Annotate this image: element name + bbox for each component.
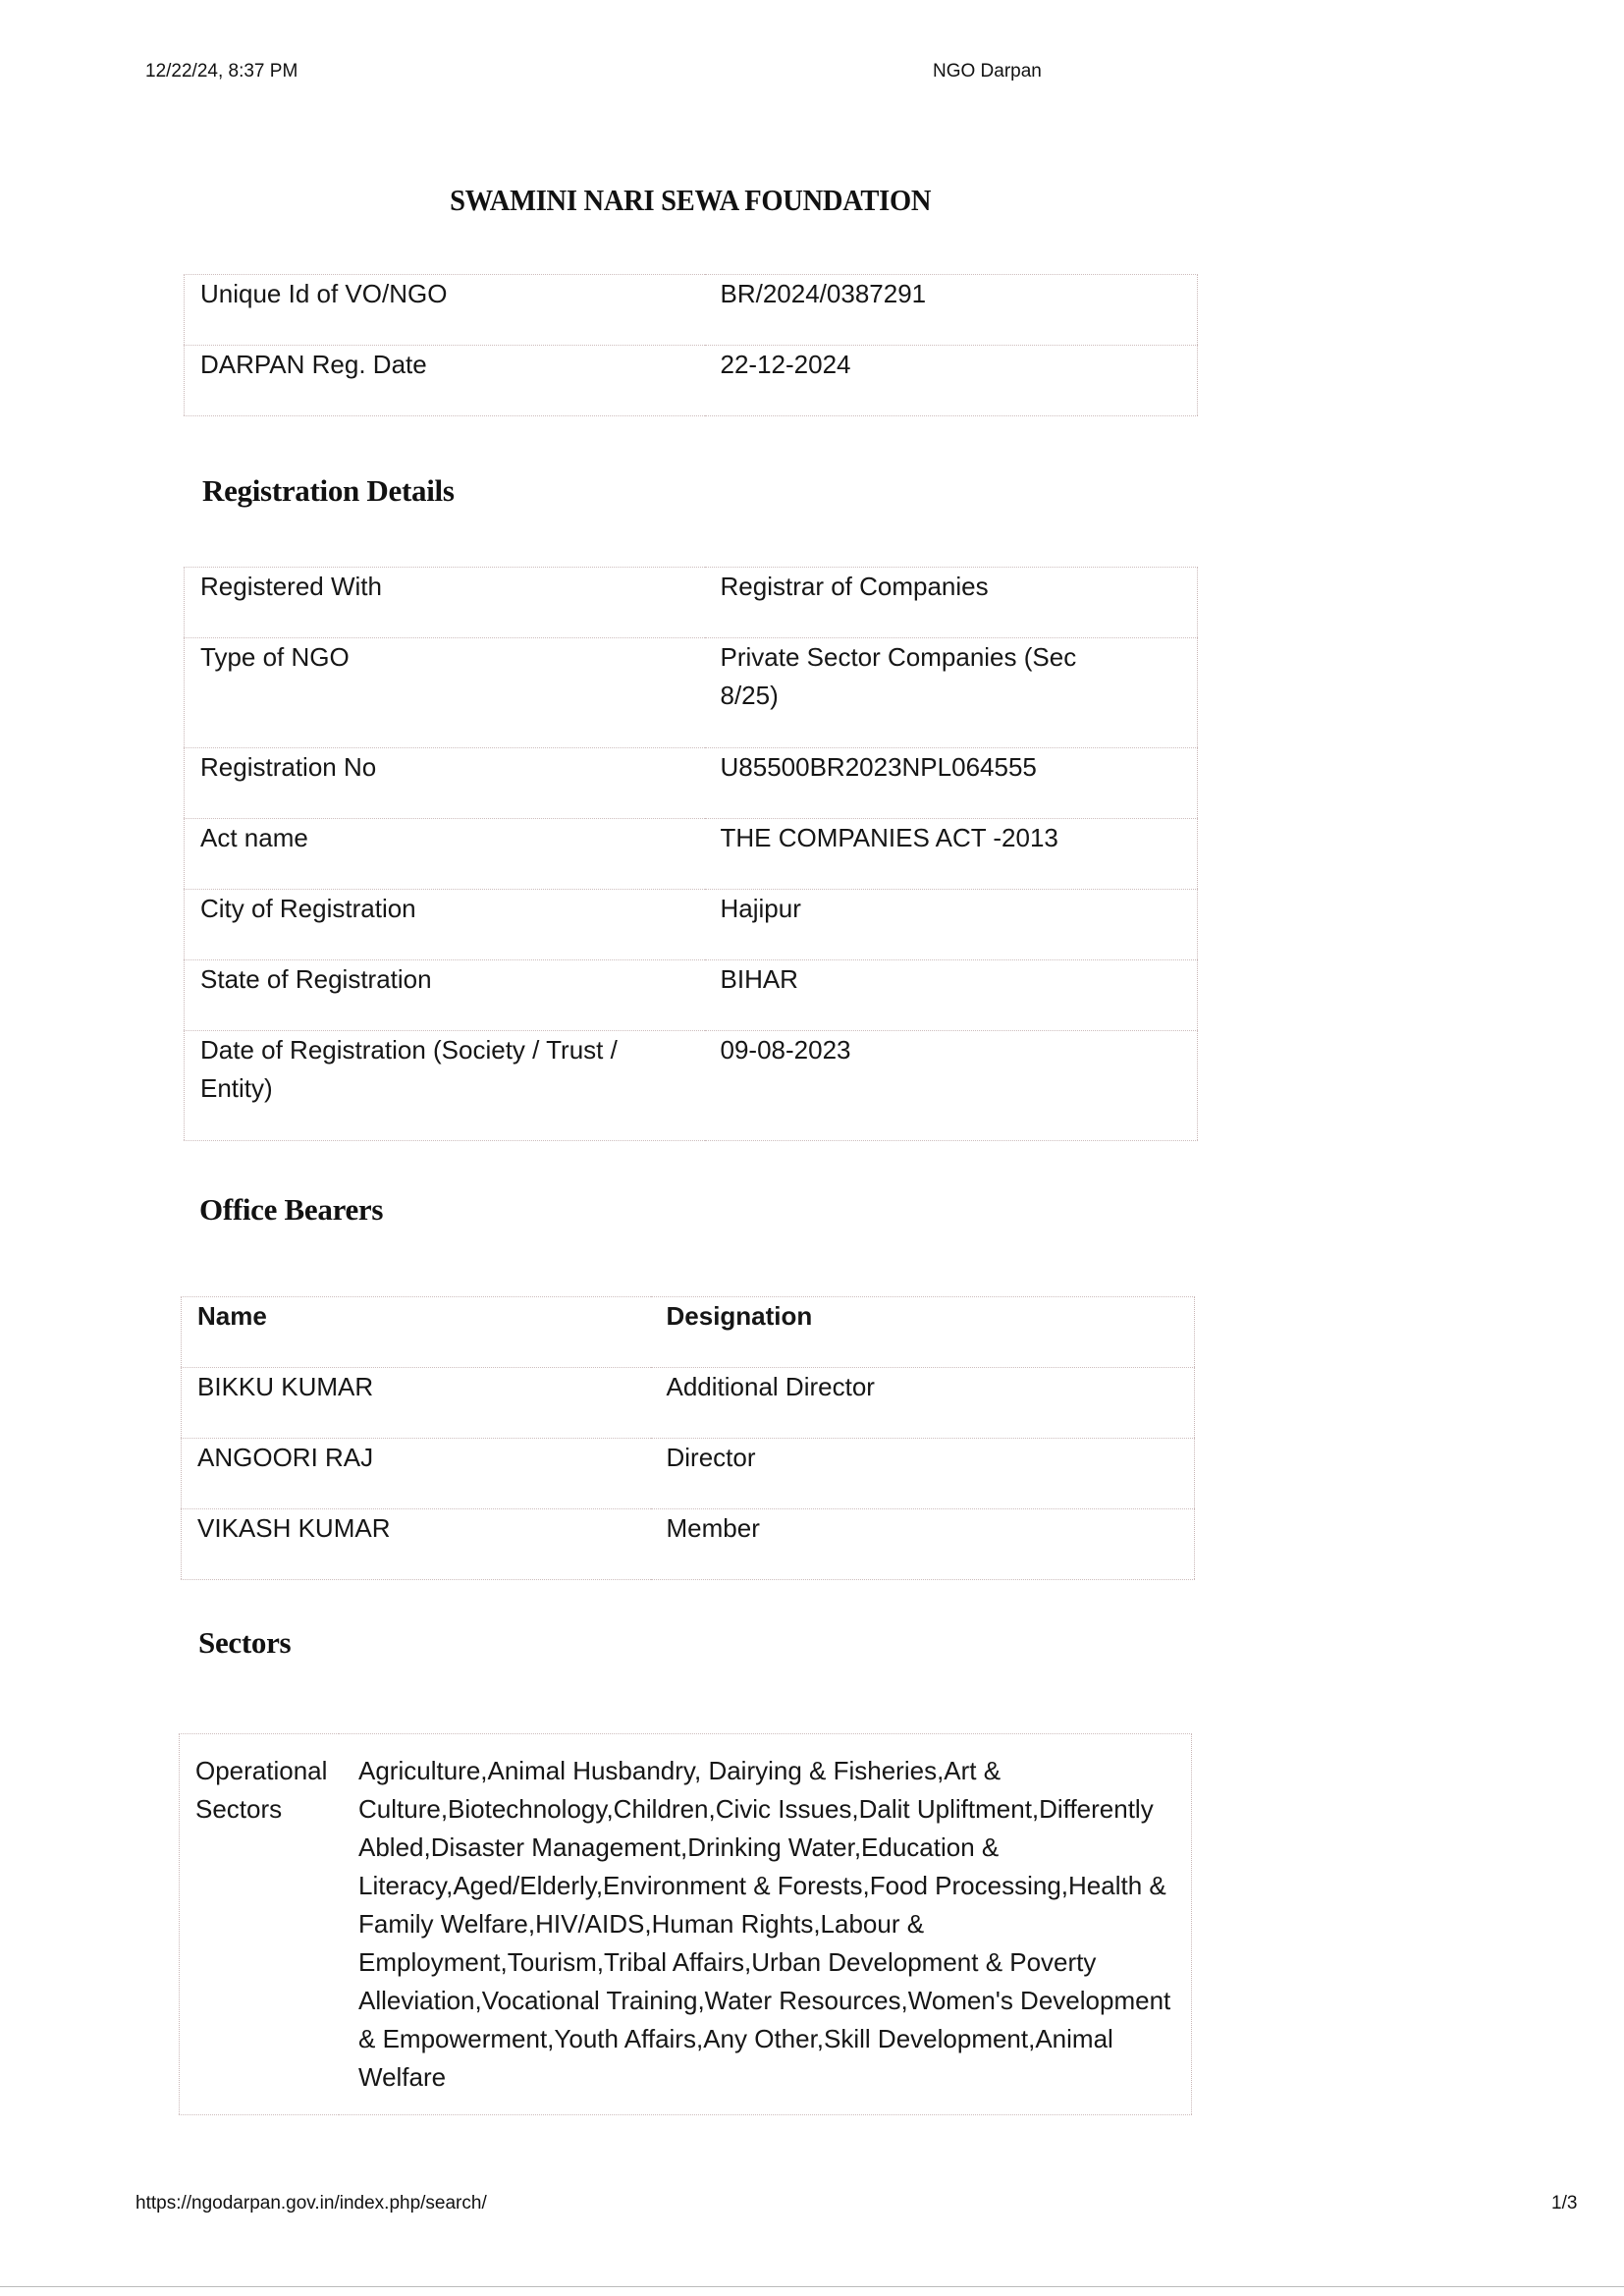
sectors-heading: Sectors xyxy=(198,1625,291,1661)
table-row: Date of Registration (Society / Trust / … xyxy=(185,1031,1198,1141)
state-of-registration-label: State of Registration xyxy=(185,960,705,1031)
date-of-registration-value: 09-08-2023 xyxy=(705,1031,1198,1141)
print-url: https://ngodarpan.gov.in/index.php/searc… xyxy=(135,2193,487,2214)
sectors-table: Operational Sectors Agriculture,Animal H… xyxy=(179,1733,1192,2115)
table-row: State of Registration BIHAR xyxy=(185,960,1198,1031)
bearer-designation: Member xyxy=(651,1509,1195,1580)
table-row: City of Registration Hajipur xyxy=(185,890,1198,960)
table-row: Type of NGO Private Sector Companies (Se… xyxy=(185,638,1198,748)
column-header-name: Name xyxy=(182,1297,651,1368)
unique-id-value: BR/2024/0387291 xyxy=(705,275,1198,346)
table-row: Registration No U85500BR2023NPL064555 xyxy=(185,748,1198,819)
table-row: BIKKU KUMAR Additional Director xyxy=(182,1368,1195,1439)
print-site-title: NGO Darpan xyxy=(933,61,1042,82)
darpan-reg-date-value: 22-12-2024 xyxy=(705,346,1198,416)
office-bearers-heading: Office Bearers xyxy=(199,1192,383,1228)
table-row: Operational Sectors Agriculture,Animal H… xyxy=(180,1734,1192,2115)
summary-table: Unique Id of VO/NGO BR/2024/0387291 DARP… xyxy=(184,274,1198,416)
column-header-designation: Designation xyxy=(651,1297,1195,1368)
registration-no-label: Registration No xyxy=(185,748,705,819)
table-row: DARPAN Reg. Date 22-12-2024 xyxy=(185,346,1198,416)
act-name-value: THE COMPANIES ACT -2013 xyxy=(705,819,1198,890)
city-of-registration-label: City of Registration xyxy=(185,890,705,960)
bearer-designation: Additional Director xyxy=(651,1368,1195,1439)
date-of-registration-label: Date of Registration (Society / Trust / … xyxy=(185,1031,705,1141)
city-of-registration-value: Hajipur xyxy=(705,890,1198,960)
unique-id-label: Unique Id of VO/NGO xyxy=(185,275,705,346)
type-of-ngo-label: Type of NGO xyxy=(185,638,705,748)
operational-sectors-label: Operational Sectors xyxy=(180,1734,340,2115)
state-of-registration-value: BIHAR xyxy=(705,960,1198,1031)
office-bearers-table: Name Designation BIKKU KUMAR Additional … xyxy=(181,1296,1195,1580)
act-name-label: Act name xyxy=(185,819,705,890)
table-row: Unique Id of VO/NGO BR/2024/0387291 xyxy=(185,275,1198,346)
registration-details-table: Registered With Registrar of Companies T… xyxy=(184,567,1198,1141)
registration-no-value: U85500BR2023NPL064555 xyxy=(705,748,1198,819)
table-row: Act name THE COMPANIES ACT -2013 xyxy=(185,819,1198,890)
bearer-designation: Director xyxy=(651,1439,1195,1509)
organization-name: SWAMINI NARI SEWA FOUNDATION xyxy=(55,183,1326,218)
table-row: ANGOORI RAJ Director xyxy=(182,1439,1195,1509)
darpan-reg-date-label: DARPAN Reg. Date xyxy=(185,346,705,416)
print-timestamp: 12/22/24, 8:37 PM xyxy=(145,61,298,82)
operational-sectors-value: Agriculture,Animal Husbandry, Dairying &… xyxy=(339,1734,1192,2115)
registration-details-heading: Registration Details xyxy=(202,473,455,509)
registered-with-value: Registrar of Companies xyxy=(705,568,1198,638)
registered-with-label: Registered With xyxy=(185,568,705,638)
table-row: Registered With Registrar of Companies xyxy=(185,568,1198,638)
page-number: 1/3 xyxy=(1551,2193,1577,2214)
table-header-row: Name Designation xyxy=(182,1297,1195,1368)
bearer-name: ANGOORI RAJ xyxy=(182,1439,651,1509)
bearer-name: VIKASH KUMAR xyxy=(182,1509,651,1580)
bearer-name: BIKKU KUMAR xyxy=(182,1368,651,1439)
table-row: VIKASH KUMAR Member xyxy=(182,1509,1195,1580)
scan-edge-divider xyxy=(0,2286,1624,2287)
type-of-ngo-value: Private Sector Companies (Sec 8/25) xyxy=(705,638,1198,748)
